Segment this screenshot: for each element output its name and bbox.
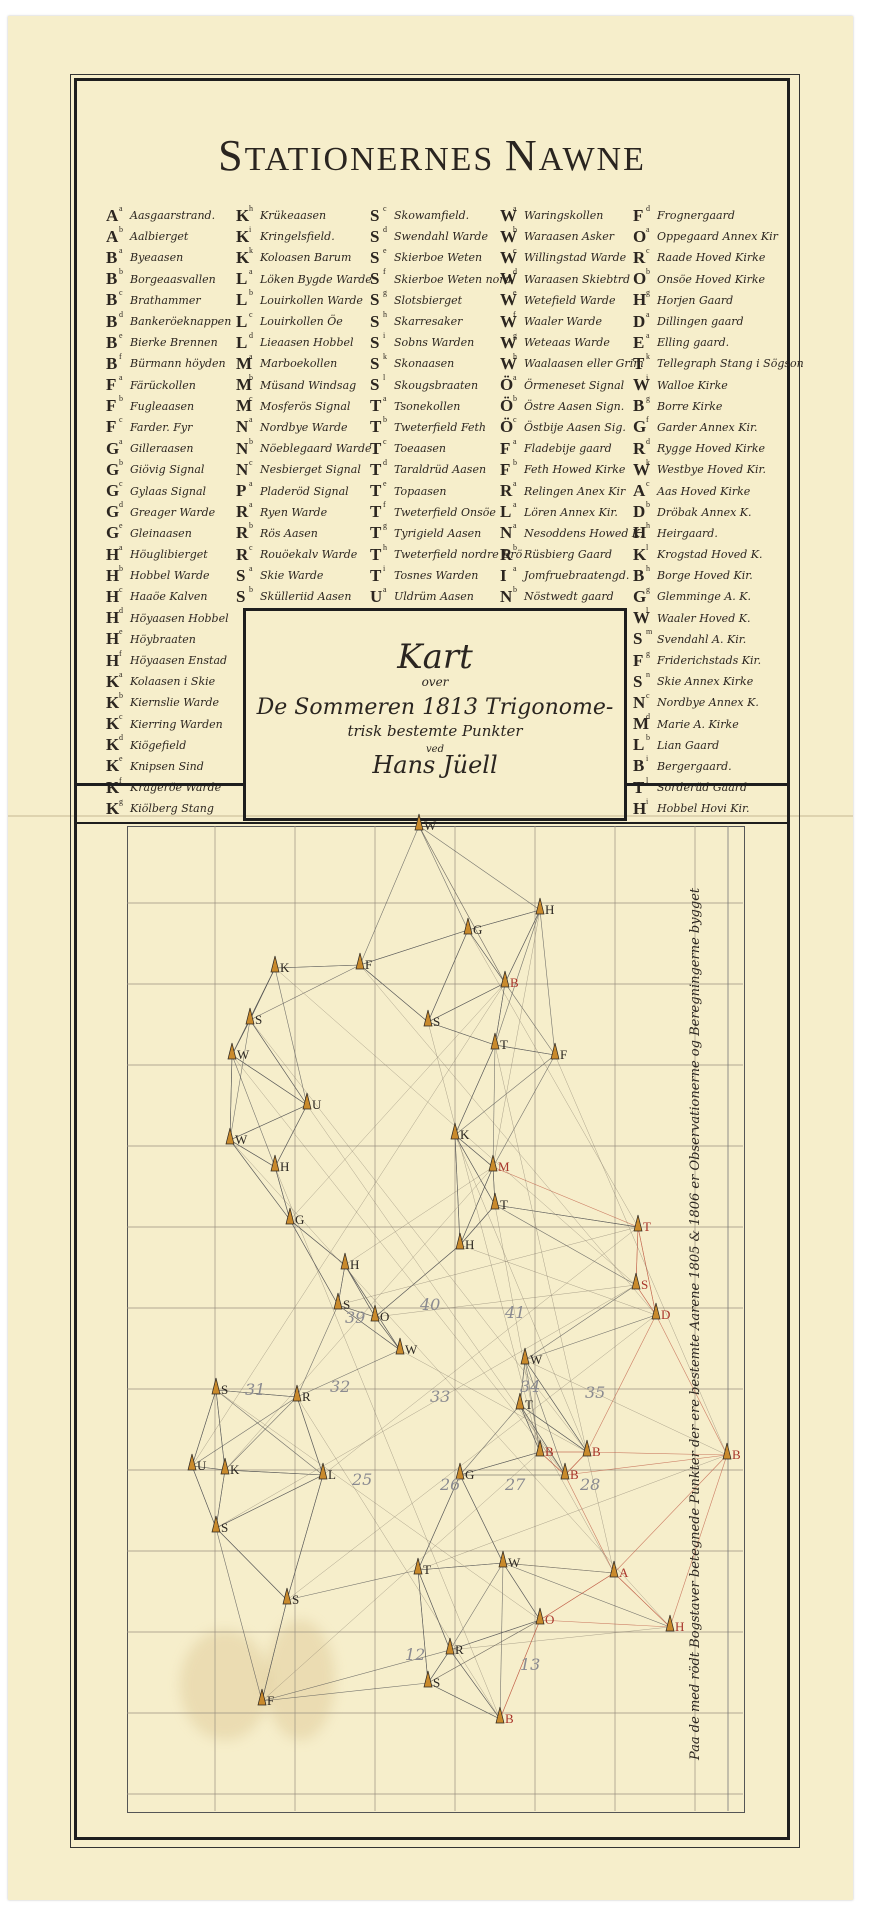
station-label: R (455, 1642, 464, 1657)
sight-line (232, 968, 275, 1055)
sight-line (468, 930, 638, 1227)
sight-line (419, 826, 505, 983)
station-label: W (237, 1047, 250, 1062)
station-label: H (675, 1619, 684, 1634)
grid-number: 31 (245, 1380, 265, 1399)
station-label: B (545, 1444, 554, 1459)
station-marker-icon (424, 1010, 432, 1026)
sight-line (418, 1570, 428, 1683)
station-label: S (255, 1012, 262, 1027)
sight-line (275, 968, 307, 1105)
sight-line (262, 1600, 287, 1701)
sight-line (503, 1563, 540, 1620)
sight-line (540, 1620, 670, 1627)
sight-line (225, 1397, 297, 1470)
sight-line (525, 1315, 656, 1360)
station-label: G (465, 1467, 474, 1482)
sight-line (418, 1570, 450, 1650)
station-marker-icon (634, 1215, 642, 1231)
sight-line (614, 1455, 727, 1573)
sight-line (262, 1683, 428, 1701)
grid-number: 40 (419, 1295, 440, 1314)
station-label: W (424, 818, 437, 833)
sight-line (230, 1140, 290, 1220)
sight-line (450, 1650, 500, 1719)
station-marker-icon (212, 1378, 220, 1394)
station-marker-icon (271, 956, 279, 972)
station-marker-icon (271, 1155, 279, 1171)
station-label: W (508, 1555, 521, 1570)
station-label: U (197, 1458, 207, 1473)
station-label: F (560, 1047, 567, 1062)
sight-line (216, 1475, 323, 1528)
station-label: D (661, 1307, 670, 1322)
station-label: S (221, 1382, 228, 1397)
station-label: H (545, 902, 554, 917)
station-label: B (510, 975, 519, 990)
station-marker-icon (221, 1458, 229, 1474)
station-label: R (302, 1389, 311, 1404)
station-label: H (465, 1237, 474, 1252)
station-marker-icon (415, 814, 423, 830)
sight-line (419, 826, 540, 910)
sight-line (287, 1475, 323, 1600)
station-label: B (592, 1444, 601, 1459)
sight-line (493, 1055, 555, 1167)
grid-number: 13 (520, 1655, 540, 1674)
sight-line (360, 826, 419, 965)
station-marker-icon (212, 1516, 220, 1532)
station-marker-icon (536, 898, 544, 914)
station-label: B (570, 1467, 579, 1482)
station-marker-icon (536, 1440, 544, 1456)
station-marker-icon (499, 1551, 507, 1567)
station-label: S (433, 1675, 440, 1690)
station-marker-icon (456, 1233, 464, 1249)
sight-line (587, 1452, 727, 1455)
station-marker-icon (446, 1638, 454, 1654)
station-label: F (267, 1693, 274, 1708)
sight-line (503, 1563, 670, 1627)
sight-line (250, 1020, 307, 1105)
sight-line (297, 1397, 500, 1719)
station-label: B (505, 1711, 514, 1726)
sight-line (460, 1405, 520, 1475)
station-label: O (545, 1612, 554, 1627)
sight-line (290, 983, 505, 1220)
station-marker-icon (491, 1033, 499, 1049)
station-label: T (643, 1219, 651, 1234)
grid-number: 35 (585, 1383, 605, 1402)
sight-line (505, 983, 555, 1055)
station-label: T (525, 1397, 533, 1412)
station-label: O (380, 1309, 389, 1324)
station-label: M (498, 1159, 510, 1174)
grid-number: 34 (520, 1377, 540, 1396)
station-marker-icon (414, 1558, 422, 1574)
sight-line (468, 930, 505, 983)
sight-line (216, 1390, 225, 1470)
grid-number: 33 (430, 1387, 450, 1406)
sight-line (275, 1167, 290, 1220)
grid-number: 26 (439, 1475, 460, 1494)
station-label: A (619, 1565, 629, 1580)
station-label: T (500, 1037, 508, 1052)
station-label: T (500, 1197, 508, 1212)
station-label: K (280, 960, 290, 975)
station-marker-icon (228, 1043, 236, 1059)
sight-line (614, 1573, 670, 1627)
sight-line (275, 1105, 307, 1167)
station-label: K (230, 1462, 240, 1477)
sight-line (262, 1452, 540, 1701)
station-marker-icon (319, 1463, 327, 1479)
sight-line (192, 1466, 216, 1528)
sight-line (428, 930, 468, 1022)
station-marker-icon (341, 1253, 349, 1269)
sight-line (400, 1350, 587, 1452)
sight-line (230, 1020, 250, 1140)
sight-line (216, 1528, 262, 1701)
sight-line (216, 1390, 540, 1620)
sight-line (232, 1055, 275, 1167)
sight-line (338, 1227, 638, 1305)
station-marker-icon (246, 1008, 254, 1024)
grid-number: 28 (579, 1475, 600, 1494)
grid-number: 39 (345, 1308, 365, 1327)
station-label: S (292, 1592, 299, 1607)
sight-line (455, 1135, 460, 1245)
station-marker-icon (610, 1561, 618, 1577)
station-label: W (405, 1342, 418, 1357)
sight-line (419, 826, 468, 930)
station-marker-icon (293, 1385, 301, 1401)
station-label: W (530, 1352, 543, 1367)
station-marker-icon (226, 1128, 234, 1144)
station-label: G (473, 922, 482, 937)
station-label: W (235, 1132, 248, 1147)
station-label: S (641, 1277, 648, 1292)
station-marker-icon (491, 1193, 499, 1209)
station-label: H (350, 1257, 359, 1272)
sight-line (323, 1227, 638, 1475)
sight-line (307, 1105, 565, 1475)
sight-line (525, 1285, 636, 1360)
station-marker-icon (723, 1443, 731, 1459)
station-label: F (365, 957, 372, 972)
sight-line (360, 930, 468, 965)
sight-line (216, 1528, 287, 1600)
sight-line (250, 965, 360, 1020)
grid-number: 25 (351, 1470, 372, 1489)
sight-line (450, 1563, 503, 1650)
station-label: S (433, 1014, 440, 1029)
station-label: K (460, 1127, 470, 1142)
grid-number: 27 (504, 1475, 526, 1494)
station-marker-icon (334, 1293, 342, 1309)
station-marker-icon (451, 1123, 459, 1139)
station-label: G (295, 1212, 304, 1227)
station-marker-icon (666, 1615, 674, 1631)
station-marker-icon (356, 953, 364, 969)
grid-number: 12 (405, 1645, 425, 1664)
station-label: B (732, 1447, 741, 1462)
sight-line (460, 1475, 503, 1563)
station-marker-icon (521, 1348, 529, 1364)
sight-line (450, 1627, 670, 1650)
sight-line (192, 1390, 216, 1466)
station-label: S (221, 1520, 228, 1535)
station-marker-icon (489, 1155, 497, 1171)
station-label: L (328, 1467, 336, 1482)
station-label: U (312, 1097, 322, 1112)
grid-number: 41 (504, 1303, 525, 1322)
triangulation-network: WHGBKFSSWFTWMTSDBBBBAHOBSRUKLSSFWGTWRSHG… (0, 0, 870, 1916)
sight-line (360, 965, 428, 1022)
sight-line (192, 1397, 297, 1466)
sight-line (230, 1055, 232, 1140)
station-label: T (423, 1562, 431, 1577)
sight-line (460, 1167, 493, 1245)
sight-line (225, 1470, 323, 1475)
station-label: H (280, 1159, 289, 1174)
sight-line (232, 1055, 307, 1105)
grid-number: 32 (330, 1377, 350, 1396)
sight-line (455, 1045, 495, 1135)
sight-line (493, 1045, 495, 1167)
side-note: Paa de med rödt Bogstaver betegnede Punk… (688, 888, 703, 1760)
sight-line (540, 910, 555, 1055)
station-marker-icon (632, 1273, 640, 1289)
